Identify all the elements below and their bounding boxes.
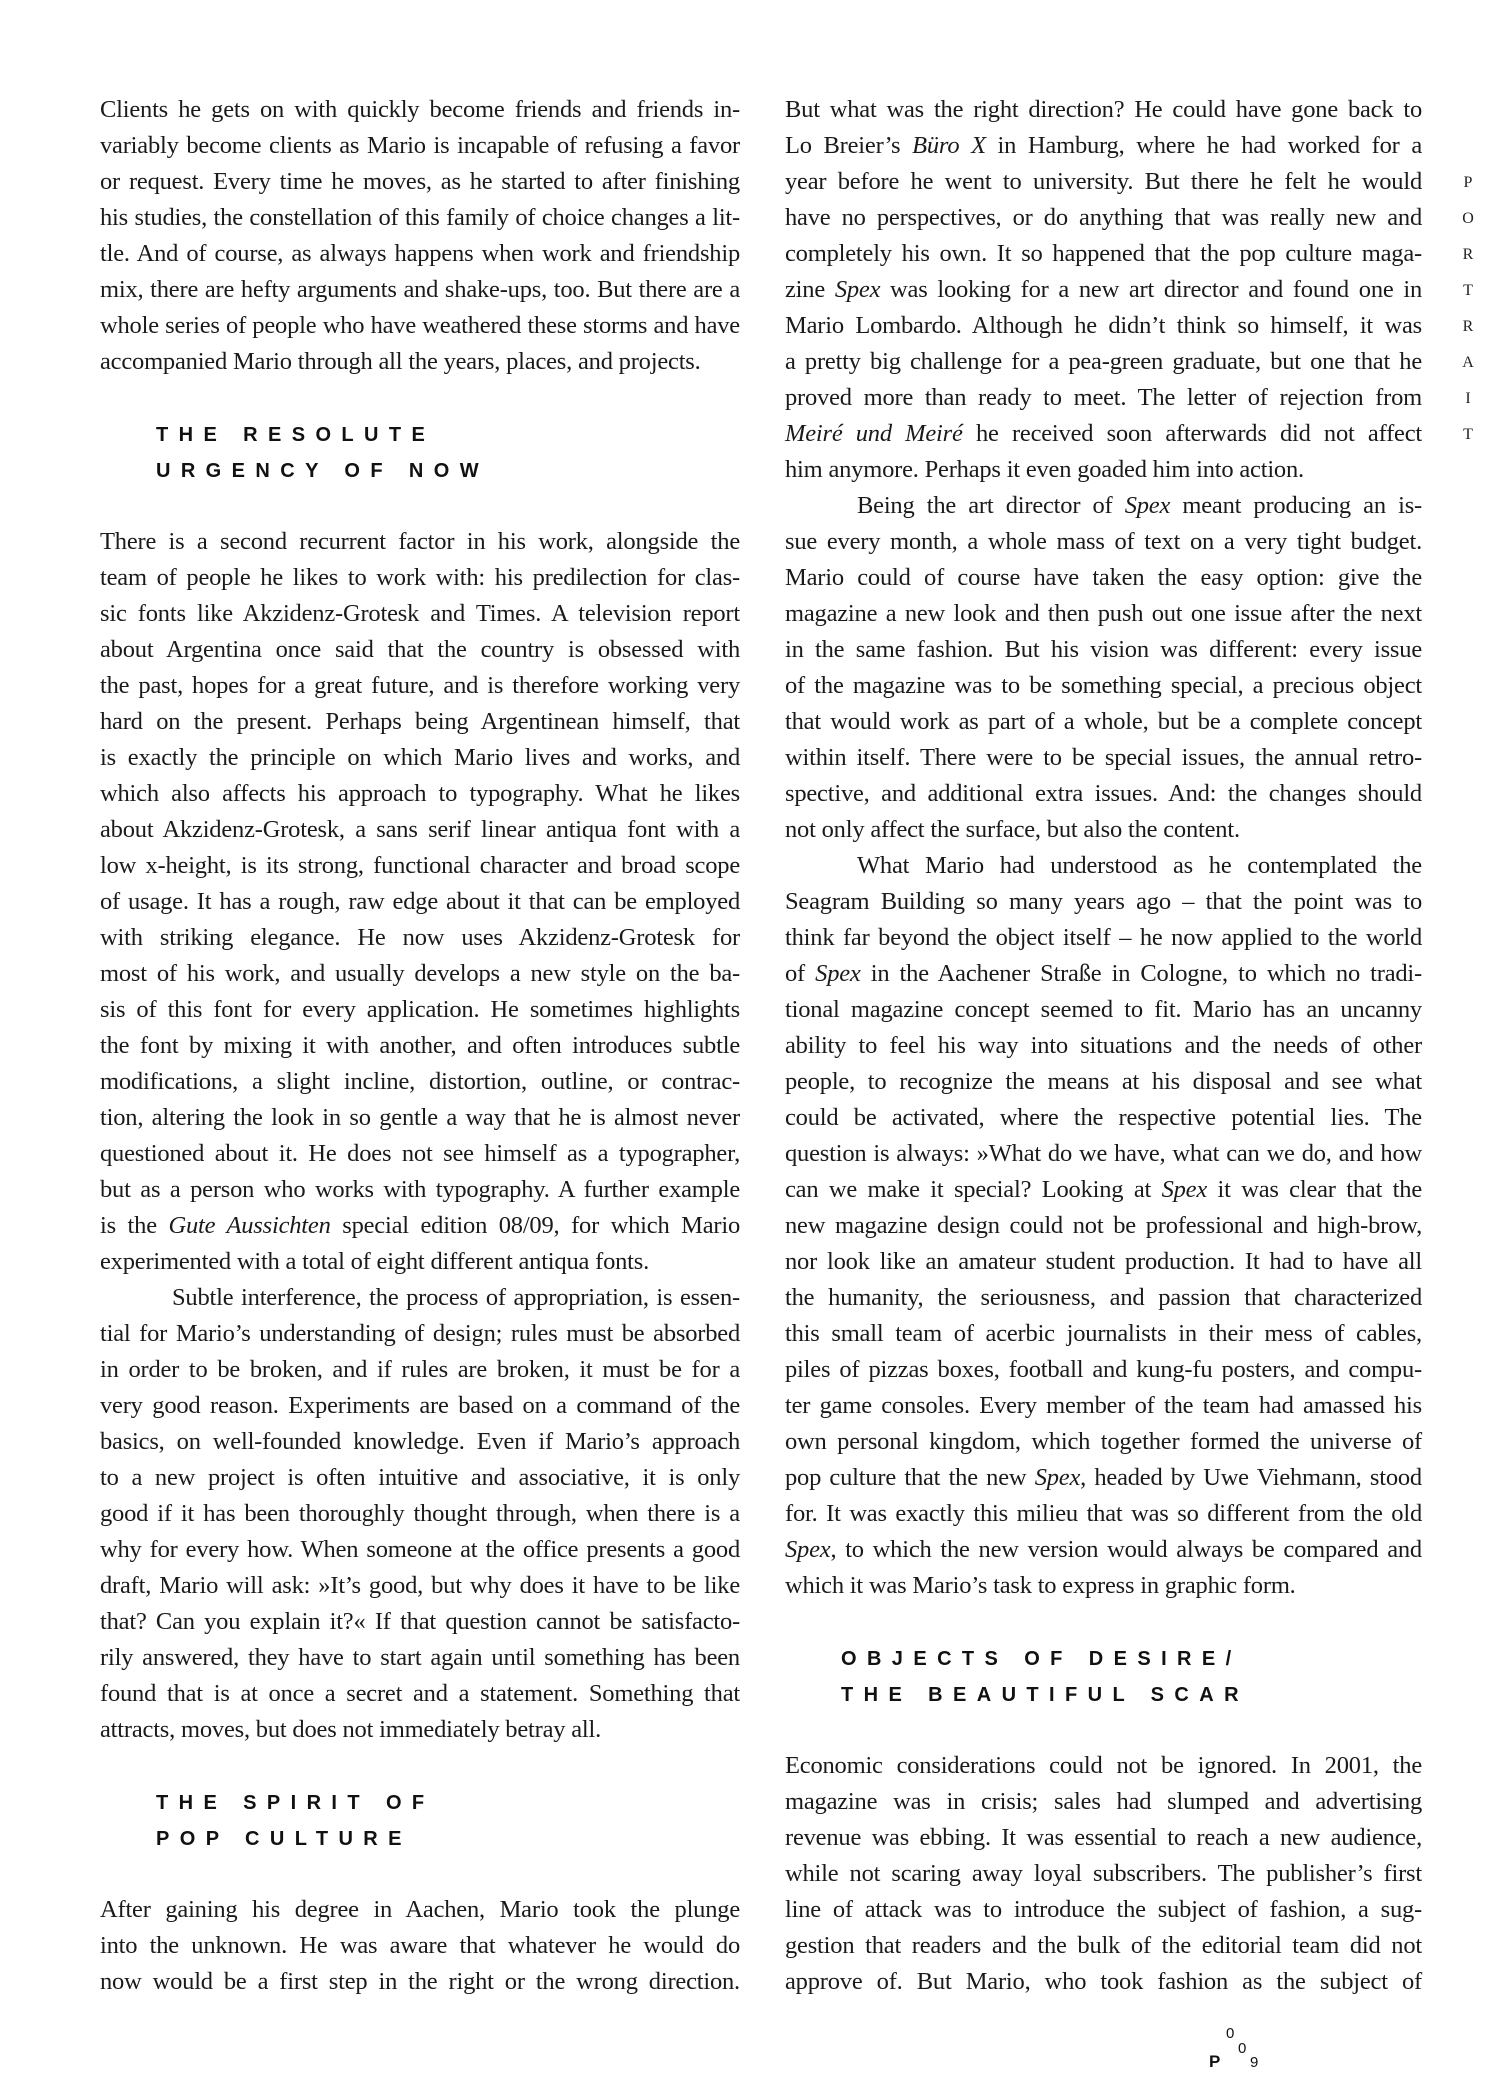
folio-letter: P bbox=[1209, 2052, 1220, 2072]
body-text-line: is exactly the principle on which Mario … bbox=[100, 743, 740, 773]
body-text-line: gestion that readers and the bulk of the… bbox=[785, 1931, 1422, 1961]
body-text-line: but as a person who works with typograph… bbox=[100, 1175, 740, 1205]
body-text-line: sue every month, a whole mass of text on… bbox=[785, 527, 1422, 557]
book-page: Clients he gets on with quickly become f… bbox=[0, 0, 1500, 2094]
body-text-line: of the magazine was to be something spec… bbox=[785, 671, 1422, 701]
body-text-line: for. It was exactly this milieu that was… bbox=[785, 1499, 1422, 1529]
side-label-letter: R bbox=[1458, 245, 1478, 265]
side-label-letter: A bbox=[1458, 353, 1478, 373]
body-text-line: question is always: »What do we have, wh… bbox=[785, 1139, 1422, 1169]
body-text-line: very good reason. Experiments are based … bbox=[100, 1391, 740, 1421]
body-text-line: sic fonts like Akzidenz-Grotesk and Time… bbox=[100, 599, 740, 629]
body-text-line: attracts, moves, but does not immediatel… bbox=[100, 1715, 740, 1745]
body-text-line: him anymore. Perhaps it even goaded him … bbox=[785, 455, 1422, 485]
body-text-line: think far beyond the object itself – he … bbox=[785, 923, 1422, 953]
italic-title: Spex bbox=[1162, 1176, 1207, 1203]
body-text-line: After gaining his degree in Aachen, Mari… bbox=[100, 1895, 740, 1925]
body-text-line: his studies, the constellation of this f… bbox=[100, 203, 740, 233]
body-text-line: why for every how. When someone at the o… bbox=[100, 1535, 740, 1565]
body-text-line: tional magazine concept seemed to fit. M… bbox=[785, 995, 1422, 1025]
body-text-line: tial for Mario’s understanding of design… bbox=[100, 1319, 740, 1349]
body-text-line: spective, and additional extra issues. A… bbox=[785, 779, 1422, 809]
body-text-line: line of attack was to introduce the subj… bbox=[785, 1895, 1422, 1925]
body-text-line: draft, Mario will ask: »It’s good, but w… bbox=[100, 1571, 740, 1601]
section-heading-line: OBJECTS OF DESIRE/ bbox=[841, 1647, 1242, 1671]
body-text-line: proved more than ready to meet. The lett… bbox=[785, 383, 1422, 413]
body-text-line: zine Spex was looking for a new art dire… bbox=[785, 275, 1422, 305]
body-text-line: could be activated, where the respective… bbox=[785, 1103, 1422, 1133]
body-text-line: Mario Lombardo. Although he didn’t think… bbox=[785, 311, 1422, 341]
body-text-line: about Argentina once said that the count… bbox=[100, 635, 740, 665]
folio-digit: 0 bbox=[1226, 2025, 1234, 2042]
italic-title: Meiré und Meiré bbox=[785, 420, 963, 447]
body-text-line: There is a second recurrent factor in hi… bbox=[100, 527, 740, 557]
body-text-line: sis of this font for every application. … bbox=[100, 995, 740, 1025]
body-text-line: most of his work, and usually develops a… bbox=[100, 959, 740, 989]
body-text-line: which also affects his approach to typog… bbox=[100, 779, 740, 809]
body-text-line: whole series of people who have weathere… bbox=[100, 311, 740, 341]
body-text-line: mix, there are hefty arguments and shake… bbox=[100, 275, 740, 305]
section-heading-line: THE RESOLUTE bbox=[156, 423, 435, 447]
body-text-line: magazine was in crisis; sales had slumpe… bbox=[785, 1787, 1422, 1817]
body-text-line: Spex, to which the new version would alw… bbox=[785, 1535, 1422, 1565]
body-text-line: hard on the present. Perhaps being Argen… bbox=[100, 707, 740, 737]
body-text-line: rily answered, they have to start again … bbox=[100, 1643, 740, 1673]
body-text-line: own personal kingdom, which together for… bbox=[785, 1427, 1422, 1457]
italic-title: Spex bbox=[1035, 1464, 1080, 1491]
body-text-line: Being the art director of Spex meant pro… bbox=[785, 491, 1422, 521]
body-text-line: But what was the right direction? He cou… bbox=[785, 95, 1422, 125]
body-text-line: of usage. It has a rough, raw edge about… bbox=[100, 887, 740, 917]
body-text-line: experimented with a total of eight diffe… bbox=[100, 1247, 740, 1277]
body-text-line: basics, on well-founded knowledge. Even … bbox=[100, 1427, 740, 1457]
body-text-line: the humanity, the seriousness, and passi… bbox=[785, 1283, 1422, 1313]
body-text-line: this small team of acerbic journalists i… bbox=[785, 1319, 1422, 1349]
italic-title: Spex bbox=[835, 276, 880, 303]
italic-title: Spex bbox=[815, 960, 860, 987]
side-label-letter: T bbox=[1458, 281, 1478, 301]
italic-title: Spex bbox=[785, 1536, 830, 1563]
body-text-line: What Mario had understood as he contempl… bbox=[785, 851, 1422, 881]
body-text-line: now would be a first step in the right o… bbox=[100, 1967, 740, 1997]
body-text-line: or request. Every time he moves, as he s… bbox=[100, 167, 740, 197]
body-text-line: piles of pizzas boxes, football and kung… bbox=[785, 1355, 1422, 1385]
body-text-line: into the unknown. He was aware that what… bbox=[100, 1931, 740, 1961]
body-text-line: which it was Mario’s task to express in … bbox=[785, 1571, 1422, 1601]
body-text-line: the past, hopes for a great future, and … bbox=[100, 671, 740, 701]
body-text-line: the font by mixing it with another, and … bbox=[100, 1031, 740, 1061]
body-text-line: revenue was ebbing. It was essential to … bbox=[785, 1823, 1422, 1853]
body-text-line: ter game consoles. Every member of the t… bbox=[785, 1391, 1422, 1421]
body-text-line: pop culture that the new Spex, headed by… bbox=[785, 1463, 1422, 1493]
body-text-line: Subtle interference, the process of appr… bbox=[100, 1283, 740, 1313]
body-text-line: that? Can you explain it?« If that quest… bbox=[100, 1607, 740, 1637]
side-label-letter: P bbox=[1458, 173, 1478, 193]
body-text-line: have no perspectives, or do anything tha… bbox=[785, 203, 1422, 233]
body-text-line: year before he went to university. But t… bbox=[785, 167, 1422, 197]
body-text-line: new magazine design could not be profess… bbox=[785, 1211, 1422, 1241]
body-text-line: in order to be broken, and if rules are … bbox=[100, 1355, 740, 1385]
body-text-line: people, to recognize the means at his di… bbox=[785, 1067, 1422, 1097]
body-text-line: magazine a new look and then push out on… bbox=[785, 599, 1422, 629]
body-text-line: tle. And of course, as always happens wh… bbox=[100, 239, 740, 269]
body-text-line: approve of. But Mario, who took fashion … bbox=[785, 1967, 1422, 1997]
body-text-line: in the same fashion. But his vision was … bbox=[785, 635, 1422, 665]
section-heading-line: THE BEAUTIFUL SCAR bbox=[841, 1683, 1249, 1707]
body-text-line: that would work as part of a whole, but … bbox=[785, 707, 1422, 737]
body-text-line: questioned about it. He does not see him… bbox=[100, 1139, 740, 1169]
side-label-letter: I bbox=[1458, 389, 1478, 409]
body-text-line: Clients he gets on with quickly become f… bbox=[100, 95, 740, 125]
body-text-line: within itself. There were to be special … bbox=[785, 743, 1422, 773]
side-label-letter: T bbox=[1458, 425, 1478, 445]
italic-title: Spex bbox=[1125, 492, 1170, 519]
body-text-line: modifications, a slight incline, distort… bbox=[100, 1067, 740, 1097]
italic-title: Gute Aussichten bbox=[169, 1212, 331, 1239]
section-heading-line: THE SPIRIT OF bbox=[156, 1791, 435, 1815]
body-text-line: while not scaring away loyal subscribers… bbox=[785, 1859, 1422, 1889]
italic-title: Büro X bbox=[912, 132, 986, 159]
body-text-line: tion, altering the look in so gentle a w… bbox=[100, 1103, 740, 1133]
folio-digit: 9 bbox=[1250, 2054, 1258, 2071]
body-text-line: good if it has been thoroughly thought t… bbox=[100, 1499, 740, 1529]
folio-digit: 0 bbox=[1238, 2040, 1246, 2057]
body-text-line: can we make it special? Looking at Spex … bbox=[785, 1175, 1422, 1205]
body-text-line: team of people he likes to work with: hi… bbox=[100, 563, 740, 593]
section-heading-line: POP CULTURE bbox=[156, 1827, 412, 1851]
body-text-line: Seagram Building so many years ago – tha… bbox=[785, 887, 1422, 917]
body-text-line: found that is at once a secret and a sta… bbox=[100, 1679, 740, 1709]
body-text-line: accompanied Mario through all the years,… bbox=[100, 347, 740, 377]
body-text-line: Lo Breier’s Büro X in Hamburg, where he … bbox=[785, 131, 1422, 161]
side-label-letter: R bbox=[1458, 317, 1478, 337]
body-text-line: Economic considerations could not be ign… bbox=[785, 1751, 1422, 1781]
body-text-line: about Akzidenz-Grotesk, a sans serif lin… bbox=[100, 815, 740, 845]
body-text-line: completely his own. It so happened that … bbox=[785, 239, 1422, 269]
body-text-line: to a new project is often intuitive and … bbox=[100, 1463, 740, 1493]
body-text-line: Mario could of course have taken the eas… bbox=[785, 563, 1422, 593]
section-heading-line: URGENCY OF NOW bbox=[156, 459, 489, 483]
body-text-line: is the Gute Aussichten special edition 0… bbox=[100, 1211, 740, 1241]
body-text-line: Meiré und Meiré he received soon afterwa… bbox=[785, 419, 1422, 449]
body-text-line: variably become clients as Mario is inca… bbox=[100, 131, 740, 161]
body-text-line: low x-height, is its strong, functional … bbox=[100, 851, 740, 881]
body-text-line: with striking elegance. He now uses Akzi… bbox=[100, 923, 740, 953]
body-text-line: not only affect the surface, but also th… bbox=[785, 815, 1422, 845]
body-text-line: ability to feel his way into situations … bbox=[785, 1031, 1422, 1061]
body-text-line: a pretty big challenge for a pea-green g… bbox=[785, 347, 1422, 377]
body-text-line: nor look like an amateur student product… bbox=[785, 1247, 1422, 1277]
side-label-letter: O bbox=[1458, 209, 1478, 229]
body-text-line: of Spex in the Aachener Straße in Cologn… bbox=[785, 959, 1422, 989]
